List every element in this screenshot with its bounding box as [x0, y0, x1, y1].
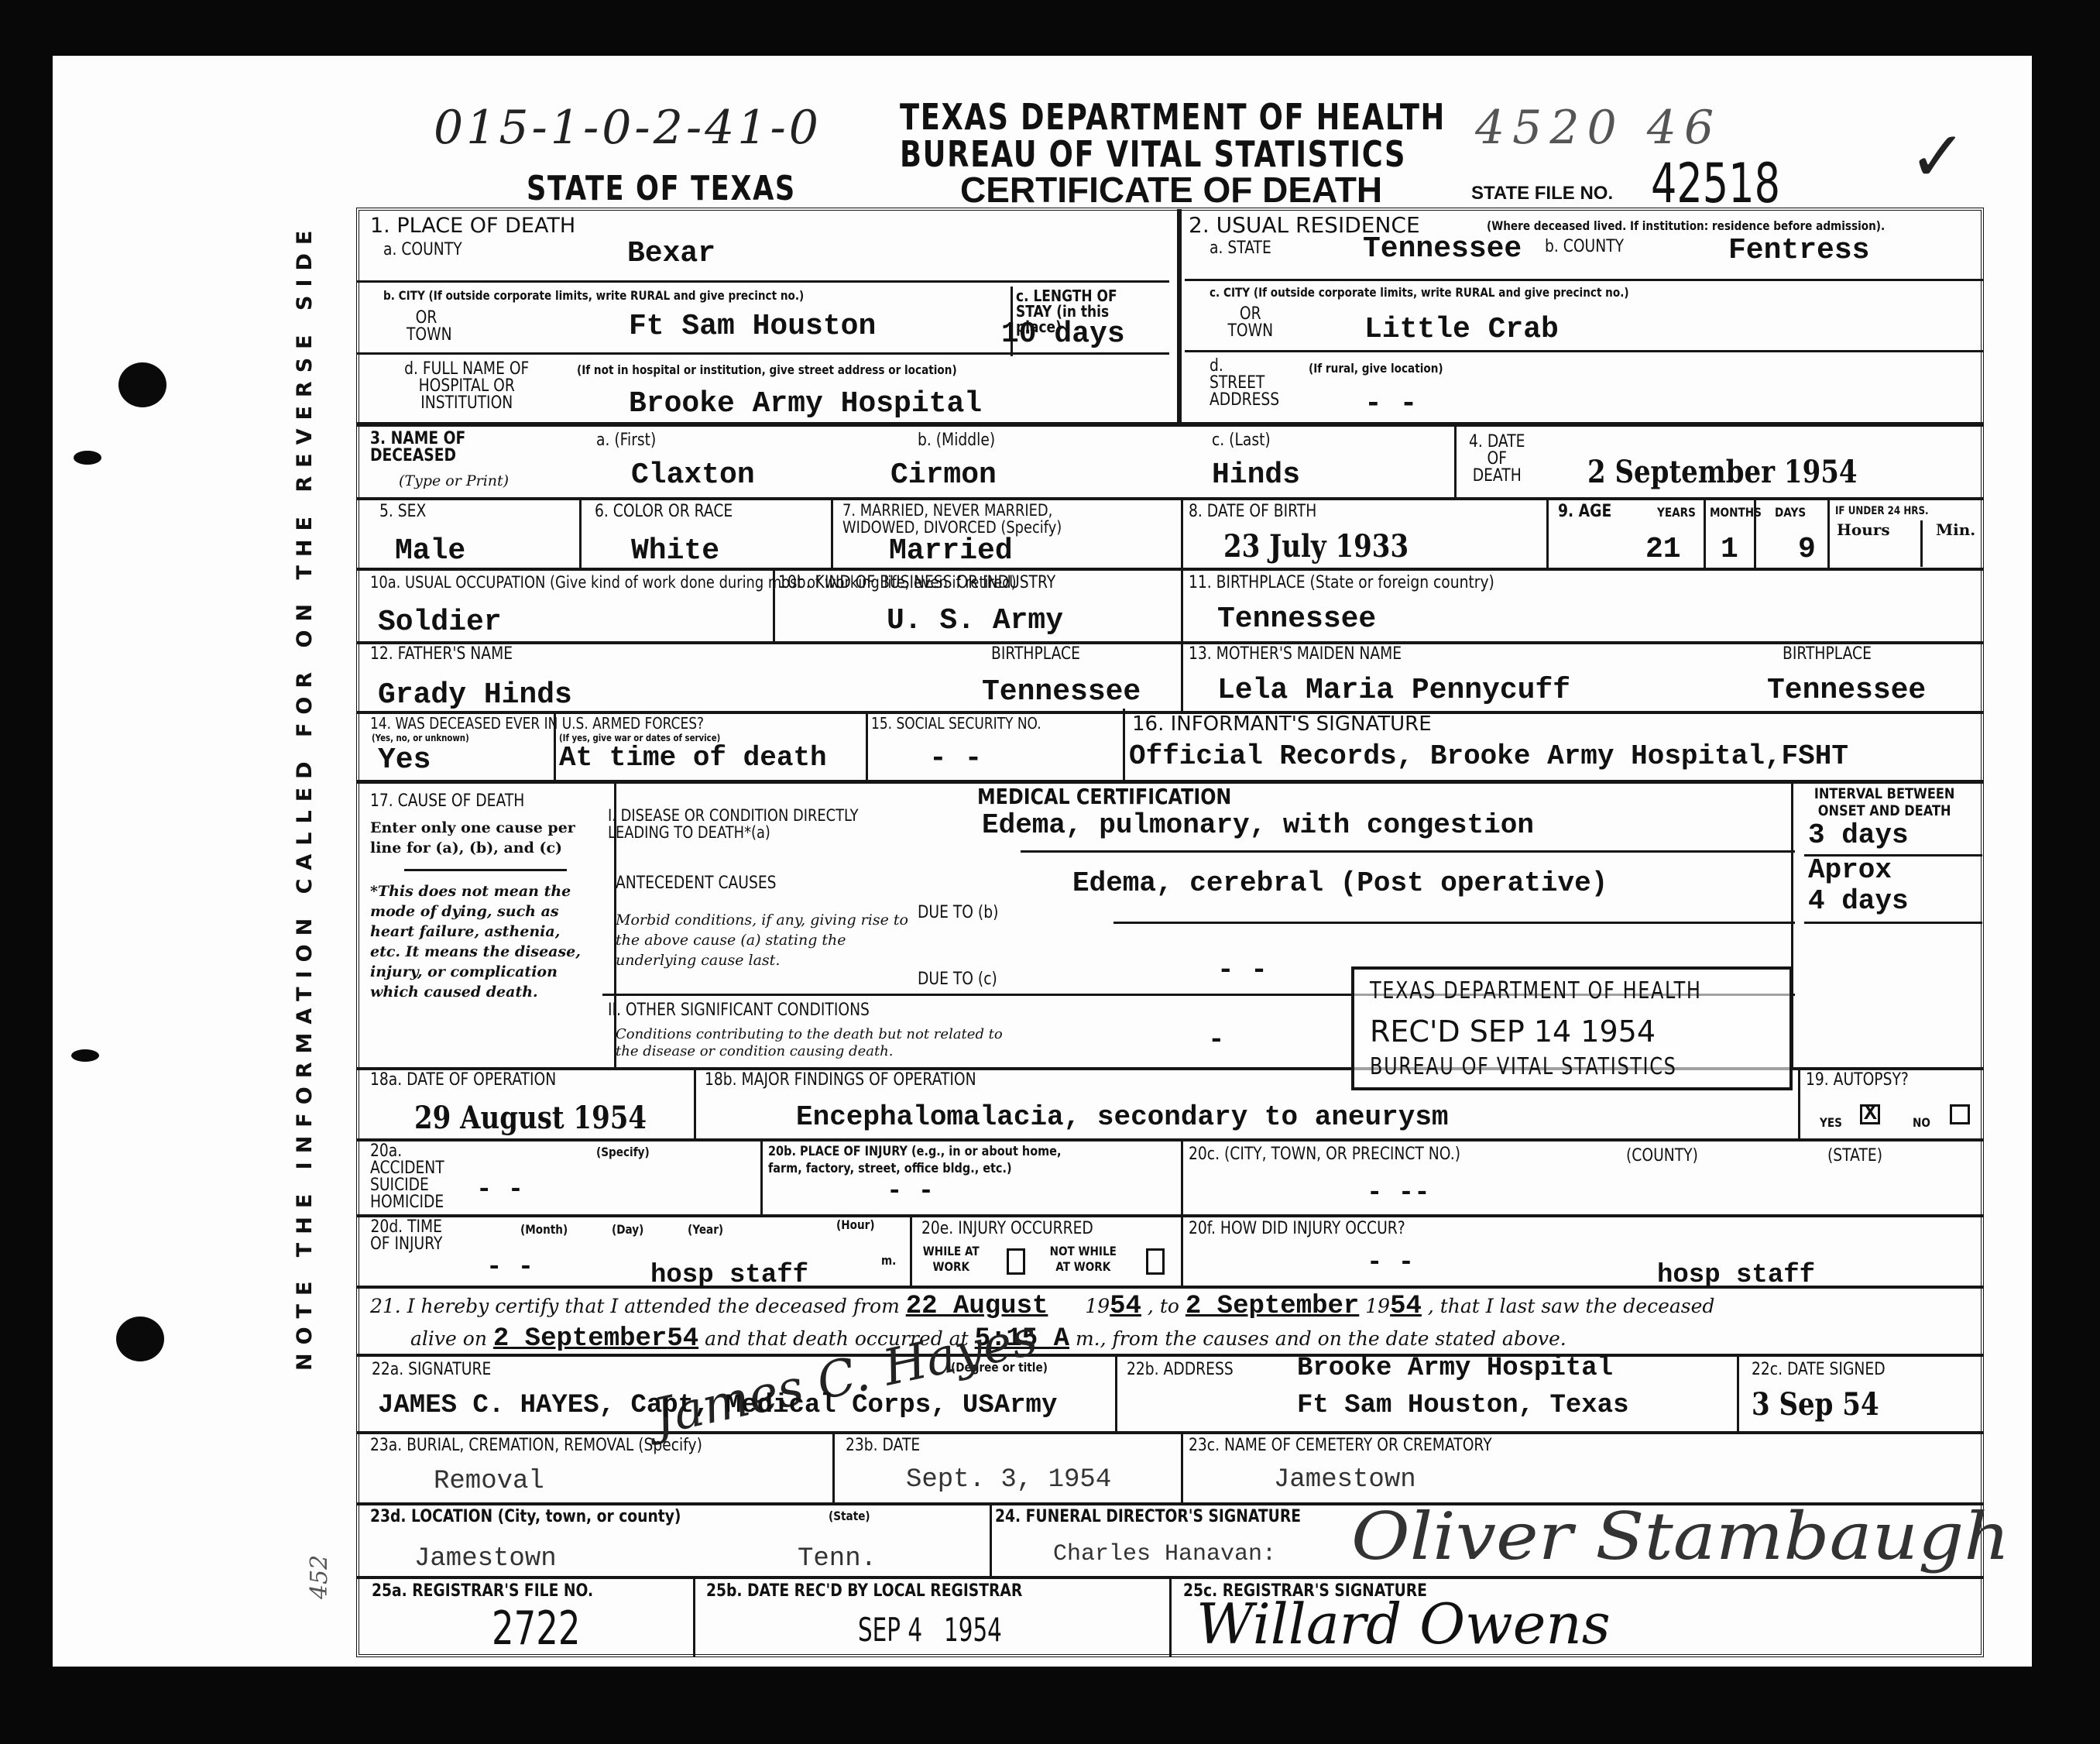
burial-type[interactable]: Removal [434, 1467, 544, 1496]
hole-punch [74, 451, 101, 465]
funeral-director-name[interactable]: Charles Hanavan: [1053, 1541, 1276, 1567]
injury-how-label: 20f. HOW DID INJURY OCCUR? [1189, 1219, 1405, 1238]
death-city[interactable]: Ft Sam Houston [629, 310, 876, 343]
date-of-death-label: 4. DATE OF DEATH [1467, 434, 1527, 485]
hospital-name[interactable]: Brooke Army Hospital [629, 387, 982, 421]
county-label: a. COUNTY [383, 240, 462, 259]
cert-yr-prefix-1: 19 [1085, 1295, 1110, 1317]
registrar-file-no[interactable]: 2722 [492, 1602, 581, 1656]
hole-punch [118, 362, 166, 407]
sex[interactable]: Male [395, 534, 465, 568]
under-24-label: IF UNDER 24 HRS. [1835, 505, 1929, 517]
injury-occurred-label: 20e. INJURY OCCURRED [921, 1219, 1093, 1238]
cert-yr-prefix-2: 19 [1365, 1295, 1390, 1317]
father-name[interactable]: Grady Hinds [378, 678, 572, 712]
state-file-number: 42518 [1651, 152, 1780, 215]
year-label: (Year) [688, 1222, 723, 1237]
cert-to-date[interactable]: 2 September [1186, 1292, 1359, 1321]
street-label: d. STREET ADDRESS [1210, 358, 1275, 409]
registrar-file-label: 25a. REGISTRAR'S FILE NO. [372, 1581, 593, 1601]
stamp-line1: TEXAS DEPARTMENT OF HEALTH [1370, 977, 1702, 1004]
residence-street[interactable]: - - [1364, 387, 1417, 421]
operation-date[interactable]: 29 August 1954 [414, 1100, 647, 1136]
signature-label: 22a. SIGNATURE [372, 1360, 491, 1379]
state-file-label: STATE FILE NO. [1471, 183, 1613, 204]
injury-type[interactable]: - - [476, 1176, 523, 1205]
date-of-death[interactable]: 2 September 1954 [1587, 454, 1858, 490]
race[interactable]: White [631, 534, 719, 568]
injury-specify-label: (Specify) [596, 1145, 650, 1159]
death-county[interactable]: Bexar [627, 237, 715, 270]
residence-state-label: a. STATE [1210, 239, 1271, 258]
not-while-at-work-checkbox[interactable] [1146, 1248, 1165, 1275]
age-months[interactable]: 1 [1721, 533, 1738, 566]
type-or-print-note: (Type or Print) [399, 471, 509, 491]
birthplace[interactable]: Tennessee [1217, 603, 1376, 636]
occupation[interactable]: Soldier [378, 606, 502, 639]
handwritten-code-left: 015-1-0-2-41-0 [434, 101, 822, 155]
armed-forces[interactable]: Yes [378, 743, 431, 777]
margin-note: NOTE THE INFORMATION CALLED FOR ON THE R… [293, 222, 317, 1371]
registrar-date-label: 25b. DATE REC'D BY LOCAL REGISTRAR [706, 1581, 1022, 1601]
date-signed[interactable]: 3 Sep 54 [1752, 1386, 1879, 1423]
father-birthplace-label: BIRTHPLACE [991, 644, 1080, 664]
other-conditions[interactable]: - [1208, 1024, 1225, 1056]
age-days[interactable]: 9 [1798, 533, 1816, 566]
other-conditions-label: II. OTHER SIGNIFICANT CONDITIONS [608, 1001, 870, 1020]
burial-date-label: 23b. DATE [846, 1436, 920, 1455]
received-stamp: TEXAS DEPARTMENT OF HEALTH REC'D SEP 14 … [1351, 966, 1793, 1090]
cert-text-2: , that I last saw the deceased [1428, 1295, 1715, 1317]
cert-to-label: , to [1148, 1295, 1179, 1317]
autopsy-yes-checkbox[interactable]: X [1860, 1104, 1880, 1124]
disease-label: I. DISEASE OR CONDITION DIRECTLY LEADING… [608, 807, 891, 841]
injury-time[interactable]: - - [486, 1253, 534, 1282]
interval-b-line1[interactable]: Aprox [1808, 856, 1892, 885]
cause-footnote: *This does not mean the mode of dying, s… [370, 881, 583, 1002]
handwritten-code-right: 4520 46 [1475, 101, 1721, 155]
department-line1: TEXAS DEPARTMENT OF HEALTH [900, 96, 1446, 138]
hours-label: Hours [1837, 520, 1890, 539]
cert-text-4: m., from the causes and on the date stat… [1076, 1327, 1566, 1350]
cert-to-year[interactable]: 54 [1390, 1292, 1422, 1321]
mother-birthplace[interactable]: Tennessee [1767, 674, 1926, 707]
autopsy-yes-label: YES [1820, 1115, 1842, 1130]
stamp-line3: BUREAU OF VITAL STATISTICS [1370, 1053, 1676, 1080]
last-name[interactable]: Hinds [1212, 458, 1300, 492]
years-label: YEARS [1657, 505, 1696, 520]
cause-of-death-label: 17. CAUSE OF DEATH [370, 791, 524, 811]
autopsy-no-checkbox[interactable] [1950, 1104, 1970, 1124]
street-note: (If rural, give location) [1309, 361, 1443, 376]
deceased-name-label: 3. NAME OF DECEASED [370, 431, 482, 465]
state-title: STATE OF TEXAS [527, 169, 796, 208]
cause-c[interactable]: - - [1217, 954, 1268, 986]
residence-county-label: b. COUNTY [1545, 237, 1624, 256]
burial-date[interactable]: Sept. 3, 1954 [906, 1465, 1111, 1495]
cause-b[interactable]: Edema, cerebral (Post operative) [1072, 867, 1608, 899]
page-title: CERTIFICATE OF DEATH [960, 169, 1382, 211]
armed-forces-label: 14. WAS DECEASED EVER IN U.S. ARMED FORC… [370, 714, 704, 733]
hospital-label: d. FULL NAME OF HOSPITAL OR INSTITUTION [391, 361, 543, 412]
annotation-hosp-staff-right: hosp staff [1657, 1261, 1815, 1290]
check-mark-icon: ✓ [1909, 116, 1967, 197]
m-label: m. [881, 1253, 896, 1268]
due-to-b-label: DUE TO (b) [918, 903, 998, 922]
address-label: 22b. ADDRESS [1127, 1360, 1234, 1379]
age-label: 9. AGE [1558, 502, 1611, 521]
last-name-label: c. (Last) [1212, 431, 1271, 450]
hospital-note: (If not in hospital or institution, give… [577, 362, 957, 377]
city-label: b. CITY (If outside corporate limits, wr… [383, 288, 884, 304]
sex-label: 5. SEX [379, 502, 426, 521]
residence-city-label: c. CITY (If outside corporate limits, wr… [1210, 285, 1629, 300]
margin-handwritten: 452 [306, 1555, 333, 1599]
x-mark-icon: X [1864, 1102, 1877, 1126]
interval-a[interactable]: 3 days [1808, 819, 1909, 851]
hour-label: (Hour) [836, 1217, 875, 1232]
hole-punch [116, 1317, 164, 1361]
informant-label: 16. INFORMANT'S SIGNATURE [1132, 712, 1432, 736]
findings-label: 18b. MAJOR FINDINGS OF OPERATION [705, 1070, 976, 1090]
interval-label: INTERVAL BETWEEN ONSET AND DEATH [1810, 785, 1958, 819]
dob-label: 8. DATE OF BIRTH [1189, 502, 1316, 521]
annotation-hosp-staff-left: hosp staff [650, 1261, 808, 1290]
months-label: MONTHS [1710, 505, 1762, 520]
industry[interactable]: U. S. Army [887, 604, 1063, 637]
day-label: (Day) [612, 1222, 643, 1237]
injury-how[interactable]: - - [1367, 1248, 1414, 1278]
city-sub-label: OR TOWN [407, 310, 446, 344]
date-signed-label: 22c. DATE SIGNED [1752, 1360, 1886, 1379]
first-name-label: a. (First) [596, 431, 656, 450]
while-at-work-checkbox[interactable] [1007, 1248, 1025, 1275]
due-to-c-label: DUE TO (c) [918, 970, 997, 989]
burial-type-label: 23a. BURIAL, CREMATION, REMOVAL (Specify… [370, 1436, 702, 1455]
medical-certification-label: MEDICAL CERTIFICATION [977, 784, 1231, 809]
operation-findings[interactable]: Encephalomalacia, secondary to aneurysm [796, 1101, 1449, 1133]
while-at-work-label: WHILE AT WORK [921, 1244, 981, 1275]
residence-city[interactable]: Little Crab [1364, 313, 1559, 346]
mother-name[interactable]: Lela Maria Pennycuff [1217, 674, 1570, 707]
hole-punch [71, 1049, 99, 1062]
place-of-death-label: 1. PLACE OF DEATH [370, 214, 575, 238]
address-line1[interactable]: Brooke Army Hospital [1297, 1354, 1613, 1383]
stamp-line2: REC'D SEP 14 1954 [1370, 1014, 1656, 1049]
not-while-at-work-label: NOT WHILE AT WORK [1047, 1244, 1120, 1275]
father-label: 12. FATHER'S NAME [370, 644, 513, 664]
injury-place[interactable]: - - [887, 1177, 934, 1207]
injury-city-label: 20c. (CITY, TOWN, OR PRECINCT NO.) [1189, 1145, 1460, 1164]
physician-name[interactable]: JAMES C. HAYES, Capt, Medical Corps, USA… [378, 1391, 1057, 1420]
cert-alive-label: alive on [410, 1327, 487, 1350]
month-label: (Month) [520, 1222, 568, 1237]
cert-alive-year[interactable]: 54 [667, 1324, 698, 1354]
registrar-signature[interactable]: Willard Owens [1196, 1591, 1611, 1656]
date-of-birth[interactable]: 23 July 1933 [1223, 528, 1409, 565]
usual-residence-note: (Where deceased lived. If institution: r… [1487, 218, 1902, 234]
informant[interactable]: Official Records, Brooke Army Hospital,F… [1129, 740, 1848, 772]
cert-text-1: 21. I hereby certify that I attended the… [370, 1295, 900, 1317]
marital-status[interactable]: Married [889, 534, 1013, 568]
burial-location-label: 23d. LOCATION (City, town, or county) [370, 1507, 681, 1526]
other-conditions-note: Conditions contributing to the death but… [616, 1026, 1018, 1060]
war-service[interactable]: At time of death [559, 742, 827, 774]
age-years[interactable]: 21 [1645, 533, 1681, 566]
injury-place-label: 20b. PLACE OF INJURY (e.g., in or about … [768, 1143, 1084, 1177]
funeral-director-signature[interactable]: Oliver Stambaugh [1351, 1499, 2010, 1574]
injury-county-label: (COUNTY) [1626, 1146, 1698, 1166]
length-of-stay[interactable]: 10 days [1001, 318, 1125, 351]
burial-state[interactable]: Tenn. [798, 1544, 877, 1574]
cause-instructions: Enter only one cause per line for (a), (… [370, 818, 587, 858]
antecedent-label: ANTECEDENT CAUSES [616, 874, 777, 893]
days-label: DAYS [1775, 505, 1806, 520]
industry-label: 10b. KIND OF BUSINESS OR INDUSTRY [778, 573, 1055, 592]
cemetery[interactable]: Jamestown [1274, 1465, 1416, 1495]
ssn-label: 15. SOCIAL SECURITY NO. [871, 714, 1041, 733]
mother-birthplace-label: BIRTHPLACE [1783, 644, 1872, 664]
ssn[interactable]: - - [929, 742, 982, 775]
mother-label: 13. MOTHER'S MAIDEN NAME [1189, 644, 1402, 664]
first-name[interactable]: Claxton [631, 458, 755, 492]
cert-alive-date[interactable]: 2 September [493, 1324, 667, 1354]
cert-from-year[interactable]: 54 [1110, 1292, 1141, 1321]
operation-date-label: 18a. DATE OF OPERATION [370, 1070, 556, 1090]
birthplace-label: 11. BIRTHPLACE (State or foreign country… [1189, 573, 1494, 592]
injury-type-label: 20a. ACCIDENT SUICIDE HOMICIDE [370, 1143, 456, 1211]
injury-time-label: 20d. TIME OF INJURY [370, 1219, 443, 1253]
address-line2[interactable]: Ft Sam Houston, Texas [1297, 1391, 1628, 1420]
interval-b-line2[interactable]: 4 days [1808, 885, 1909, 917]
middle-name-label: b. (Middle) [918, 431, 995, 450]
marital-label: 7. MARRIED, NEVER MARRIED, WIDOWED, DIVO… [842, 502, 1119, 536]
residence-state[interactable]: Tennessee [1363, 232, 1522, 266]
autopsy-no-label: NO [1913, 1115, 1930, 1130]
residence-county[interactable]: Fentress [1728, 234, 1869, 267]
middle-name[interactable]: Cirmon [890, 458, 997, 492]
burial-location[interactable]: Jamestown [414, 1544, 557, 1574]
race-label: 6. COLOR OR RACE [595, 502, 733, 521]
father-birthplace[interactable]: Tennessee [982, 675, 1141, 709]
injury-state-label: (STATE) [1827, 1146, 1882, 1166]
certification-line1: 21. I hereby certify that I attended the… [370, 1292, 1714, 1321]
yes-no-note: (Yes, no, or unknown) [372, 733, 469, 743]
injury-city[interactable]: - -- [1367, 1179, 1430, 1208]
autopsy-label: 19. AUTOPSY? [1806, 1070, 1909, 1090]
registrar-date[interactable]: SEP 4 1954 [858, 1611, 1002, 1649]
min-label: Min. [1936, 520, 1975, 539]
residence-city-sub: OR TOWN [1227, 306, 1274, 340]
funeral-director-label: 24. FUNERAL DIRECTOR'S SIGNATURE [995, 1507, 1301, 1526]
burial-state-label: (State) [829, 1509, 870, 1523]
cause-a[interactable]: Edema, pulmonary, with congestion [982, 809, 1534, 841]
cemetery-label: 23c. NAME OF CEMETERY OR CREMATORY [1189, 1436, 1492, 1455]
antecedent-note: Morbid conditions, if any, giving rise t… [616, 910, 918, 970]
